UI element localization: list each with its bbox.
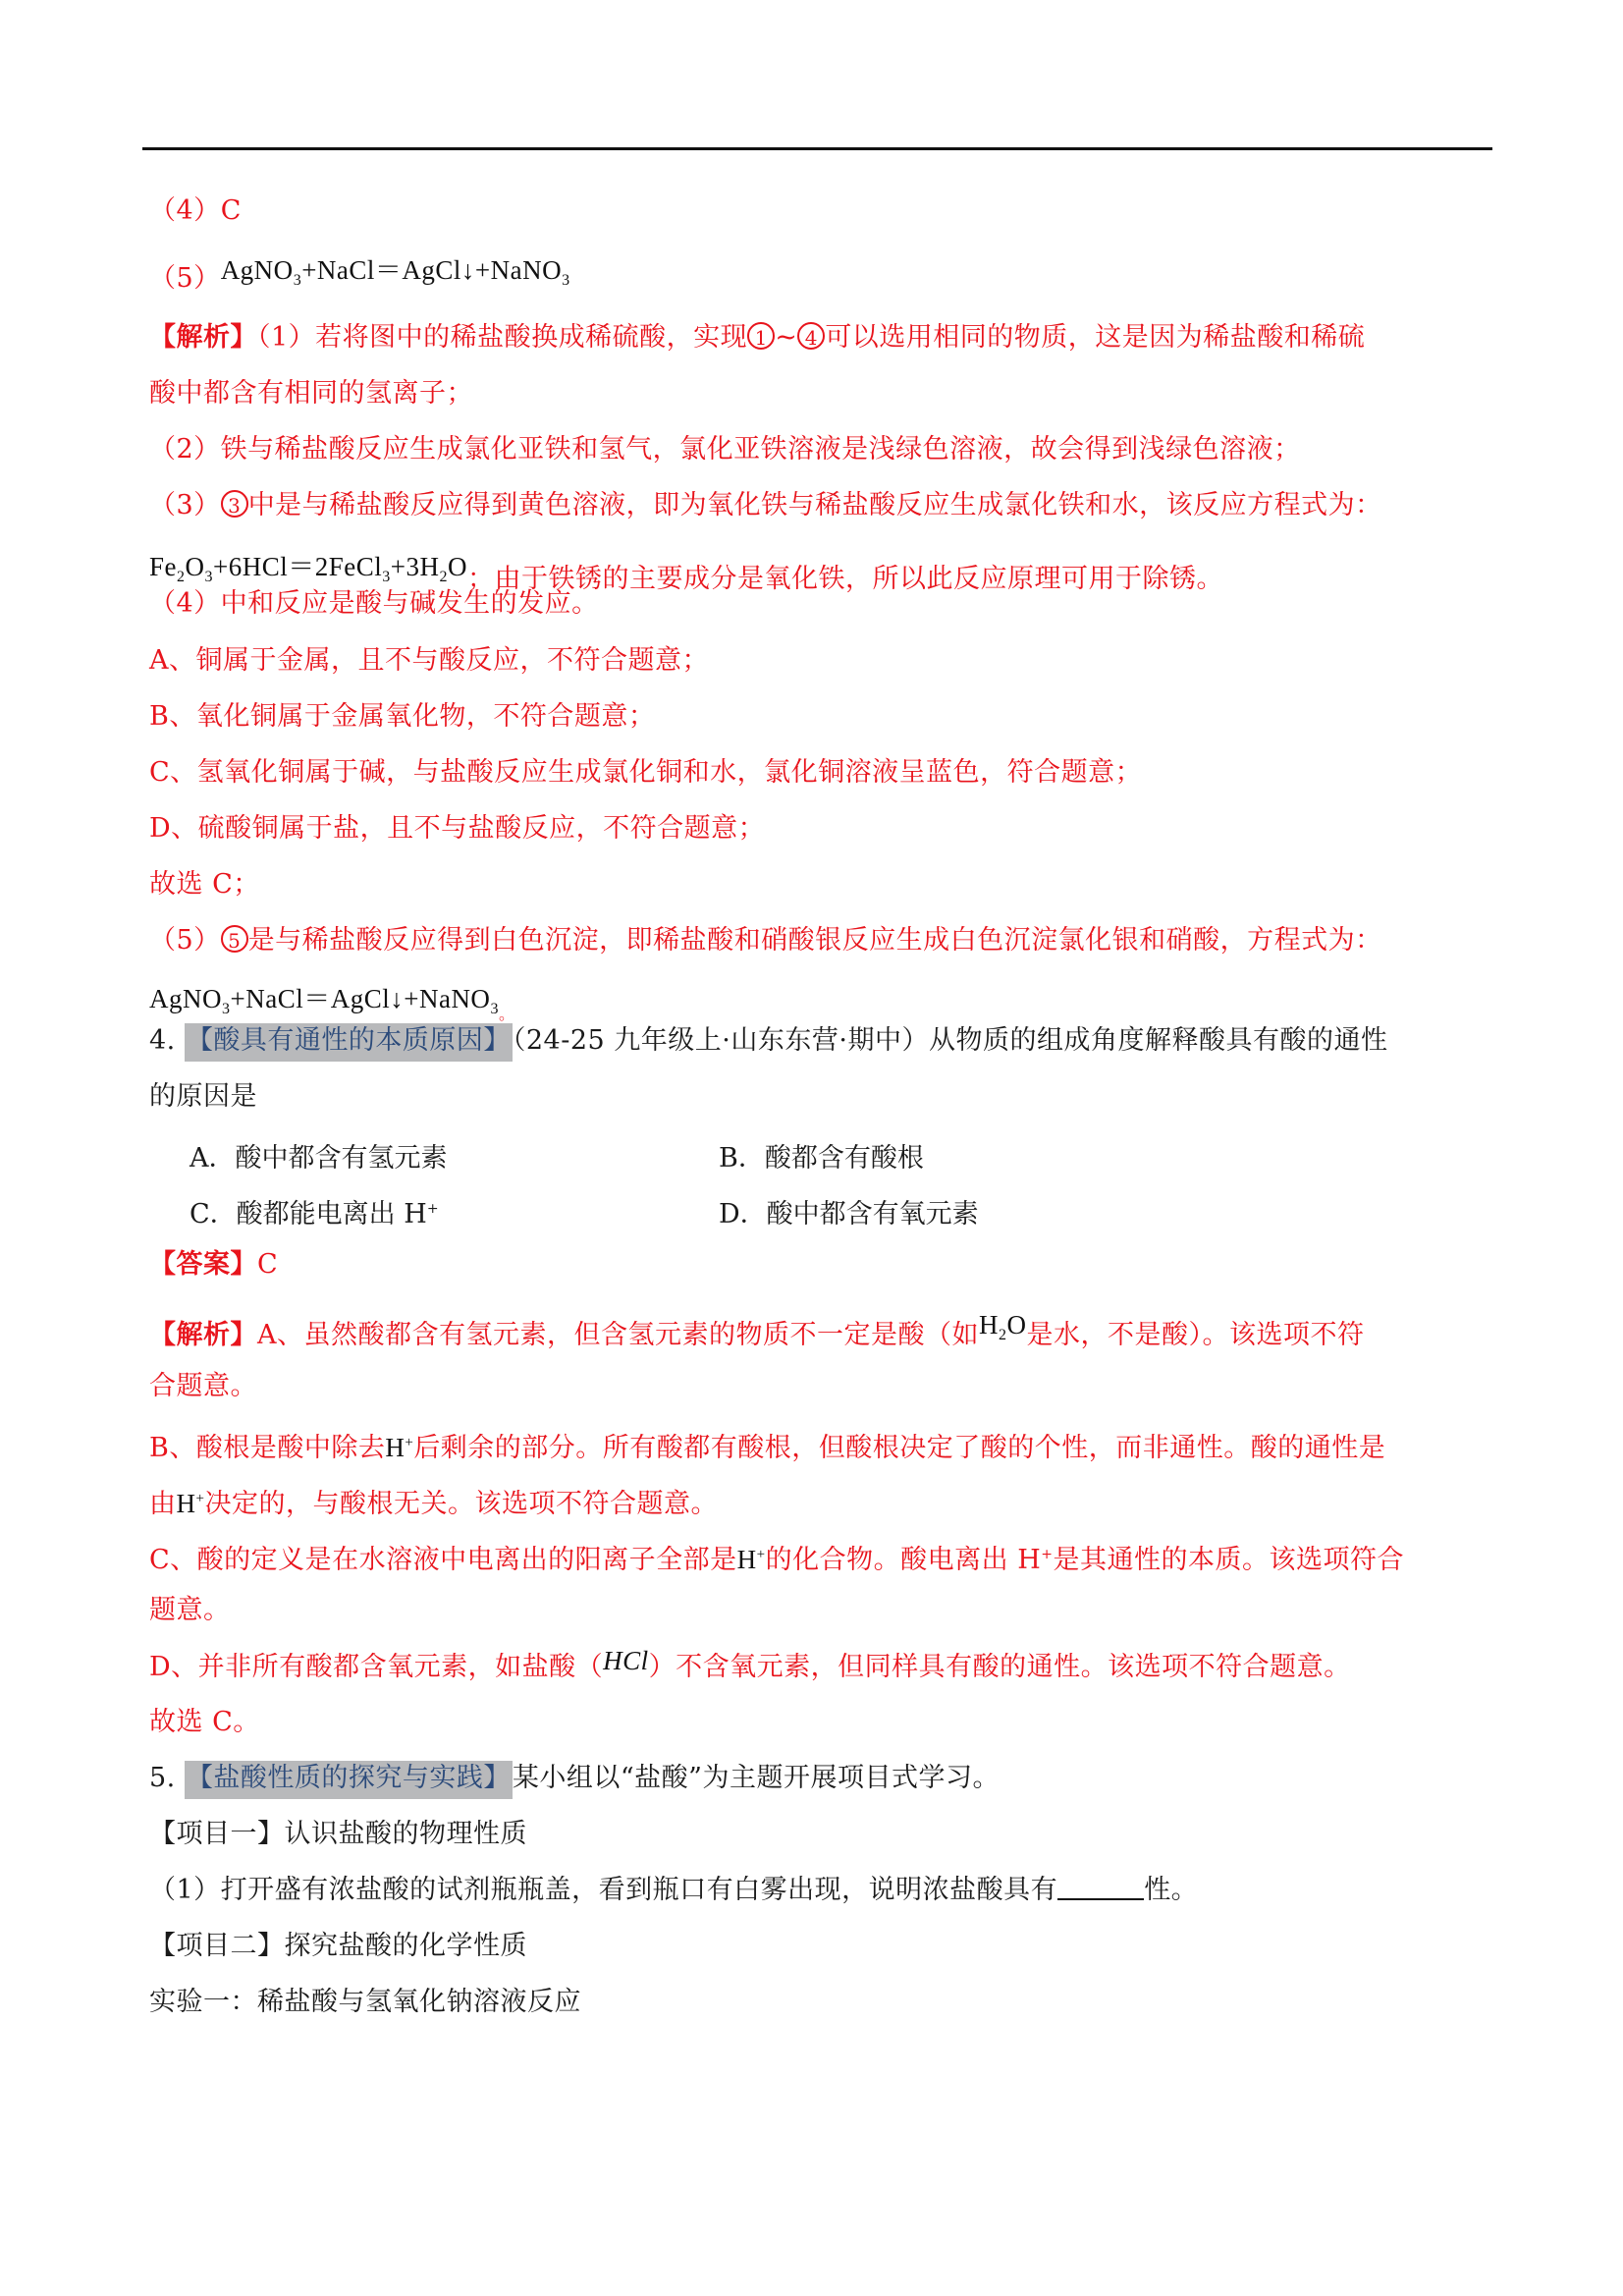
analysis-p3: （3）3中是与稀盐酸反应得到黄色溶液，即为氧化铁与稀盐酸反应生成氯化铁和水，该反… (149, 489, 1382, 522)
circled-4: 4 (797, 322, 825, 350)
q4-choose: 故选 C。 (149, 1706, 260, 1739)
q4-analysis-c: C、酸的定义是在水溶液中电离出的阳离子全部是H+的化合物。酸电离出 H+是其通性… (149, 1538, 1404, 1577)
project-2-heading: 【项目二】探究盐酸的化学性质 (149, 1930, 527, 1963)
prev-answer-4: （4）C (149, 194, 242, 228)
circled-5: 5 (221, 925, 248, 953)
q4-analysis-a: 【解析】A、虽然酸都含有氢元素，但含氢元素的物质不一定是酸（如H2O是水，不是酸… (149, 1318, 1365, 1362)
q4-analysis-b: B、酸根是酸中除去H+后剩余的部分。所有酸都有酸根，但酸根决定了酸的个性，而非通… (149, 1426, 1385, 1465)
value: C (221, 195, 242, 226)
agno3-equation: AgNO3+NaCl＝AgCl↓+NaNO3 (149, 984, 499, 1013)
project-1-heading: 【项目一】认识盐酸的物理性质 (149, 1818, 527, 1851)
q4-analysis-b-cont: 由H+决定的，与酸根无关。该选项不符合题意。 (149, 1482, 718, 1521)
analysis-p2: （2）铁与稀盐酸反应生成氯化亚铁和氢气，氯化亚铁溶液是浅绿色溶液，故会得到浅绿色… (149, 433, 1301, 466)
question-number: 4. (149, 1025, 176, 1056)
experiment-1: 实验一：稀盐酸与氢氧化钠溶液反应 (149, 1986, 581, 2019)
h-plus: H+ (385, 1433, 413, 1462)
question-number: 5. (149, 1763, 176, 1793)
header-rule (142, 147, 1492, 150)
question-5-stem: 5. 【盐酸性质的探究与实践】某小组以“盐酸”为主题开展项目式学习。 (149, 1762, 1000, 1795)
prev-answer-5: （5）AgNO3+NaCl＝AgCl↓+NaNO3 (149, 253, 570, 298)
analysis-opt-b: B、氧化铜属于金属氧化物，不符合题意； (149, 700, 655, 734)
q4-analysis-a-cont: 合题意。 (149, 1370, 257, 1403)
analysis-p5: （5）5是与稀盐酸反应得到白色沉淀，即稀盐酸和硝酸银反应生成白色沉淀氯化银和硝酸… (149, 924, 1382, 957)
option-d[interactable]: D．酸中都含有氧元素 (719, 1192, 979, 1230)
analysis-tag: 【解析】 (149, 322, 257, 353)
question-source: （24-25 九年级上·山东东营·期中） (513, 1025, 929, 1056)
h-plus: H+ (177, 1489, 205, 1518)
h2o-formula: H2O (979, 1310, 1027, 1339)
answer-blank[interactable] (1057, 1875, 1144, 1900)
question-4-stem-cont: 的原因是 (149, 1080, 257, 1114)
q4-analysis-c-cont: 题意。 (149, 1594, 231, 1627)
q5-sub1: （1）打开盛有浓盐酸的试剂瓶瓶盖，看到瓶口有白雾出现，说明浓盐酸具有性。 (149, 1874, 1198, 1907)
analysis-opt-d: D、硫酸铜属于盐，且不与盐酸反应，不符合题意； (149, 812, 765, 846)
fe2o3-equation: Fe2O3+6HCl＝2FeCl3+3H2O (149, 552, 467, 581)
label: （4） (149, 195, 221, 226)
option-c[interactable]: C．酸都能电离出 H+ (189, 1192, 439, 1230)
circled-1: 1 (747, 322, 775, 350)
analysis-opt-c: C、氢氧化铜属于碱，与盐酸反应生成氯化铜和水，氯化铜溶液呈蓝色，符合题意； (149, 756, 1142, 790)
q4-analysis-d: D、并非所有酸都含氧元素，如盐酸（HCl）不含氧元素，但同样具有酸的通性。该选项… (149, 1650, 1351, 1684)
label: （5） (149, 263, 221, 294)
option-b[interactable]: B．酸都含有酸根 (719, 1136, 924, 1175)
analysis-p1-cont: 酸中都含有相同的氢离子； (149, 377, 473, 410)
topic-tag: 【盐酸性质的探究与实践】 (185, 1761, 513, 1799)
analysis-p4: （4）中和反应是酸与碱发生的发应。 (149, 587, 599, 621)
analysis-choose: 故选 C； (149, 868, 260, 902)
h-plus: H+ (737, 1545, 766, 1574)
answer-value: C (257, 1249, 278, 1280)
answer-line: 【答案】C (149, 1248, 278, 1282)
analysis-p1: 【解析】（1）若将图中的稀盐酸换成稀硫酸，实现1~4可以选用相同的物质，这是因为… (149, 321, 1365, 355)
hcl-formula: HCl (603, 1646, 649, 1675)
option-a[interactable]: A．酸中都含有氢元素 (189, 1136, 448, 1175)
topic-tag: 【酸具有通性的本质原因】 (185, 1023, 513, 1062)
circled-3: 3 (221, 490, 248, 518)
answer-tag: 【答案】 (149, 1249, 257, 1280)
formula: AgNO3+NaCl＝AgCl↓+NaNO3 (221, 255, 570, 285)
analysis-opt-a: A、铜属于金属，且不与酸反应，不符合题意； (149, 644, 709, 678)
question-4-stem: 4. 【酸具有通性的本质原因】（24-25 九年级上·山东东营·期中）从物质的组… (149, 1024, 1387, 1058)
